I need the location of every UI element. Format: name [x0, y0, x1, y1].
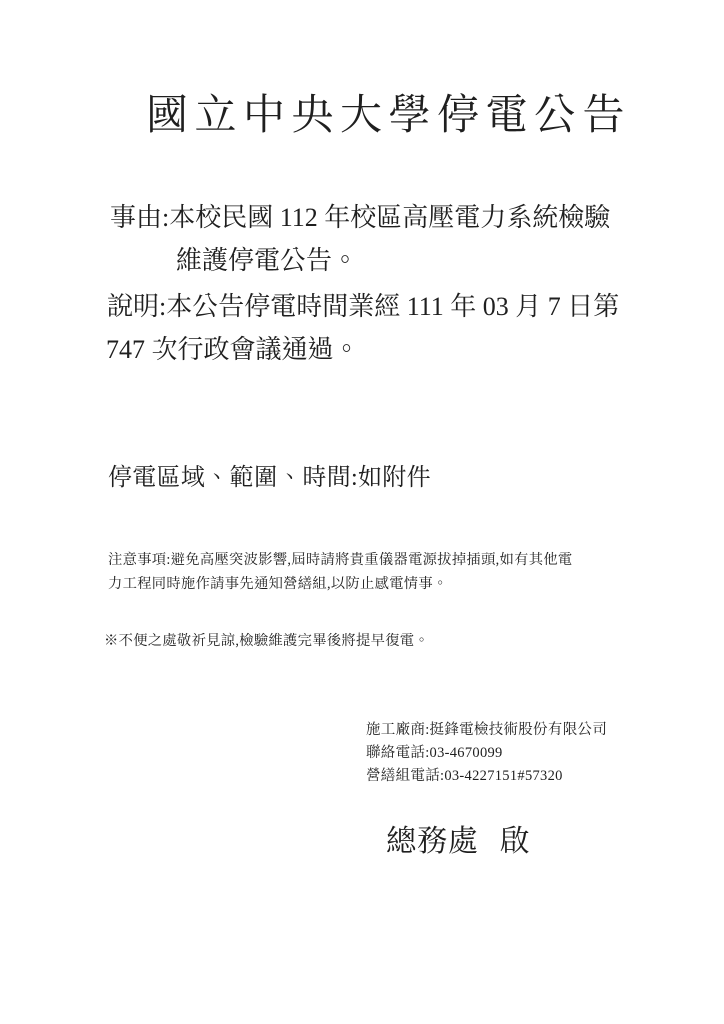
outage-area-attachment-note: 停電區域、範圍、時間:如附件 — [108, 465, 431, 493]
caution-line-2: 力工程同時施作請事先通知營繕組,以防止感電情事。 — [108, 572, 573, 596]
document-title: 國立中央大學停電公告 — [146, 93, 631, 139]
contractor-line: 施工廠商:挺鋒電檢技術股份有限公司 — [366, 719, 607, 742]
contact-info: 施工廠商:挺鋒電檢技術股份有限公司 聯絡電話:03-4670099 營繕組電話:… — [366, 719, 607, 788]
subject-line-2: 維護停電公告。 — [176, 246, 358, 276]
announcement-document-page: 國立中央大學停電公告 事由:本校民國 112 年校區高壓電力系統檢驗 維護停電公… — [0, 0, 724, 1024]
maintenance-phone-line: 營繕組電話:03-4227151#57320 — [366, 765, 607, 788]
explanation-line-1: 說明:本公告停電時間業經 111 年 03 月 7 日第 — [107, 292, 619, 322]
caution-note: 注意事項:避免高壓突波影響,屆時請將貴重儀器電源拔掉插頭,如有其他電 力工程同時… — [108, 548, 573, 596]
contact-phone-line: 聯絡電話:03-4670099 — [366, 742, 607, 765]
explanation-line-2: 747 次行政會議通過。 — [106, 335, 360, 365]
issuing-office-signature: 總務處 啟 — [386, 824, 531, 860]
apology-note: ※不便之處敬祈見諒,檢驗維護完畢後將提早復電。 — [104, 631, 429, 651]
caution-line-1: 注意事項:避免高壓突波影響,屆時請將貴重儀器電源拔掉插頭,如有其他電 — [108, 548, 573, 572]
subject-line-1: 事由:本校民國 112 年校區高壓電力系統檢驗 — [110, 203, 610, 233]
